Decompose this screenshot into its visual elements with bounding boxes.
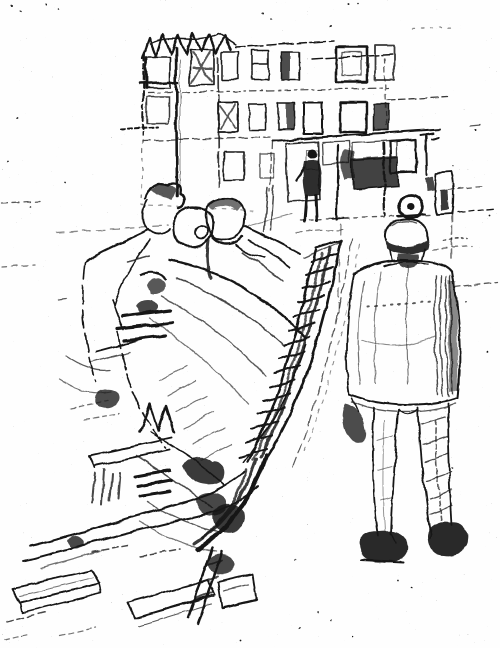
paper-grain — [0, 0, 500, 648]
sketch-image — [0, 0, 500, 648]
sketch-figure: Ink sketch: railway workers bend over a … — [0, 0, 500, 648]
